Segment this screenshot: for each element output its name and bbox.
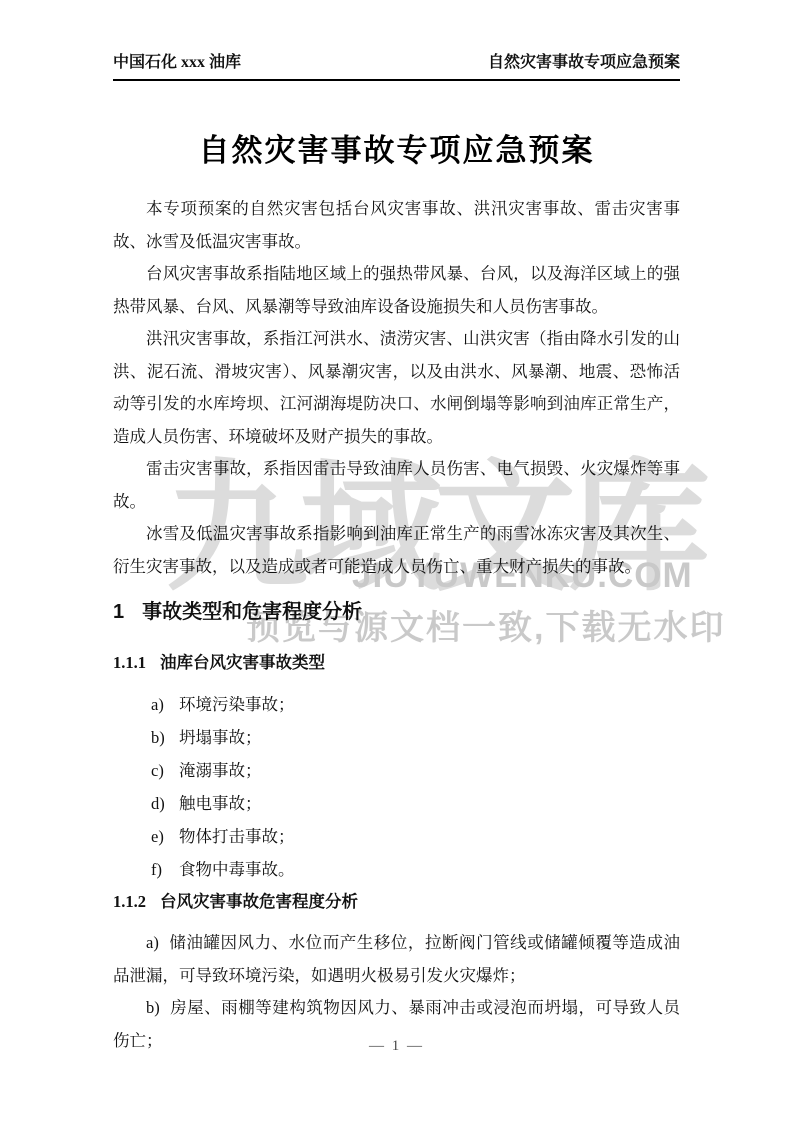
list-item: c) 淹溺事故； <box>113 754 680 787</box>
page-number: — 1 — <box>0 1038 793 1055</box>
header-left-text: 中国石化 xxx 油库 <box>113 52 241 74</box>
section-heading-1-1-1: 1.1.1油库台风灾害事故类型 <box>113 651 680 675</box>
section-heading-1-1-2: 1.1.2台风灾害事故危害程度分析 <box>113 890 680 914</box>
paragraph: 台风灾害事故系指陆地区域上的强热带风暴、台风，以及海洋区域上的强热带风暴、台风、… <box>113 258 680 323</box>
list-item-marker: b) <box>151 721 179 754</box>
section-title: 油库台风灾害事故类型 <box>160 653 325 672</box>
list-item-marker: b) <box>146 998 160 1017</box>
paragraph: 冰雪及低温灾害事故系指影响到油库正常生产的雨雪冰冻灾害及其次生、衍生灾害事故，以… <box>113 518 680 583</box>
list-item: f) 食物中毒事故。 <box>113 853 680 886</box>
list-item: d) 触电事故； <box>113 787 680 820</box>
section-number: 1 <box>113 601 124 623</box>
page-content: 中国石化 xxx 油库 自然灾害事故专项应急预案 自然灾害事故专项应急预案 本专… <box>0 0 793 1057</box>
header-right-text: 自然灾害事故专项应急预案 <box>488 52 680 74</box>
list-item: e) 物体打击事故； <box>113 820 680 853</box>
section-title: 台风灾害事故危害程度分析 <box>160 892 358 911</box>
section-heading-1: 1事故类型和危害程度分析 <box>113 597 680 627</box>
list-item-marker: a) <box>151 688 179 721</box>
list-item-marker: d) <box>151 787 179 820</box>
list-item-marker: c) <box>151 754 179 787</box>
list-item-text: 食物中毒事故。 <box>179 853 295 886</box>
paragraph: 雷击灾害事故，系指因雷击导致油库人员伤害、电气损毁、火灾爆炸等事故。 <box>113 453 680 518</box>
document-title: 自然灾害事故专项应急预案 <box>113 129 680 173</box>
section-title: 事故类型和危害程度分析 <box>142 601 362 623</box>
page-header: 中国石化 xxx 油库 自然灾害事故专项应急预案 <box>113 52 680 81</box>
document-page: 九域文库 JIUYUWENKU.COM 预览与源文档一致,下载无水印 中国石化 … <box>0 0 793 1122</box>
list-item: b) 坍塌事故； <box>113 721 680 754</box>
intro-paragraphs: 本专项预案的自然灾害包括台风灾害事故、洪汛灾害事故、雷击灾害事故、冰雪及低温灾害… <box>113 193 680 583</box>
list-item-marker: f) <box>151 853 179 886</box>
paragraph: 本专项预案的自然灾害包括台风灾害事故、洪汛灾害事故、雷击灾害事故、冰雪及低温灾害… <box>113 193 680 258</box>
list-item: a) 环境污染事故； <box>113 688 680 721</box>
section-number: 1.1.1 <box>113 653 146 672</box>
section-number: 1.1.2 <box>113 892 146 911</box>
paragraph: 洪汛灾害事故，系指江河洪水、渍涝灾害、山洪灾害（指由降水引发的山洪、泥石流、滑坡… <box>113 323 680 453</box>
list-item-text: 环境污染事故； <box>179 688 295 721</box>
list-item-text: 坍塌事故； <box>179 721 262 754</box>
list-item-text: 储油罐因风力、水位而产生移位，拉断阀门管线或储罐倾覆等造成油品泄漏，可导致环境污… <box>113 933 680 985</box>
list-item-text: 淹溺事故； <box>179 754 262 787</box>
typhoon-accident-type-list: a) 环境污染事故； b) 坍塌事故； c) 淹溺事故； d) 触电事故； e)… <box>113 688 680 886</box>
list-item-marker: a) <box>146 933 159 952</box>
list-item-paragraph: a)储油罐因风力、水位而产生移位，拉断阀门管线或储罐倾覆等造成油品泄漏，可导致环… <box>113 927 680 992</box>
list-item-text: 触电事故； <box>179 787 262 820</box>
list-item-text: 物体打击事故； <box>179 820 295 853</box>
list-item-marker: e) <box>151 820 179 853</box>
